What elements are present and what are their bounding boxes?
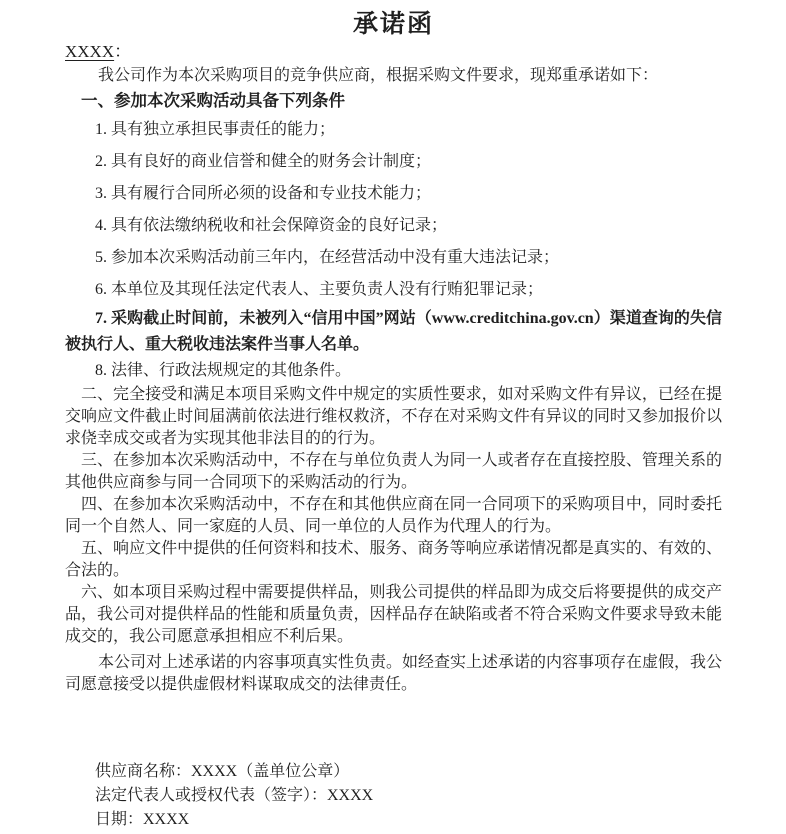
signature-block: 供应商名称：XXXX（盖单位公章） 法定代表人或授权代表（签字）：XXXX 日期… [65,760,722,832]
signature-supplier-line: 供应商名称：XXXX（盖单位公章） [95,760,722,784]
commitment-item-8: 8. 法律、行政法规规定的其他条件。 [65,358,722,384]
closing-paragraph: 本公司对上述承诺的内容事项真实性负责。如经查实上述承诺的内容事项存在虚假，我公司… [65,652,722,696]
commitment-item-4: 4. 具有依法缴纳税收和社会保障资金的良好记录； [65,210,722,242]
document-page: 承诺函 XXXX： 我公司作为本次采购项目的竞争供应商，根据采购文件要求，现郑重… [0,0,786,834]
document-title: 承诺函 [65,10,722,40]
paragraph-4: 四、在参加本次采购活动中，不存在和其他供应商在同一合同项下的采购项目中，同时委托… [65,494,722,538]
commitment-item-2: 2. 具有良好的商业信誉和健全的财务会计制度； [65,146,722,178]
paragraph-6: 六、如本项目采购过程中需要提供样品，则我公司提供的样品即为成交后将要提供的成交产… [65,582,722,648]
commitment-item-1: 1. 具有独立承担民事责任的能力； [65,114,722,146]
paragraph-5: 五、响应文件中提供的任何资料和技术、服务、商务等响应承诺情况都是真实的、有效的、… [65,538,722,582]
salutation-colon: ： [114,42,131,61]
commitment-item-3: 3. 具有履行合同所必须的设备和专业技术能力； [65,178,722,210]
signature-representative-line: 法定代表人或授权代表（签字）：XXXX [95,784,722,808]
commitment-item-5: 5. 参加本次采购活动前三年内，在经营活动中没有重大违法记录； [65,242,722,274]
salutation-line: XXXX： [65,40,722,64]
commitment-item-7: 7. 采购截止时间前，未被列入“信用中国”网站（www.creditchina.… [65,306,722,358]
salutation-addressee: XXXX [65,42,114,61]
commitment-item-6: 6. 本单位及其现任法定代表人、主要负责人没有行贿犯罪记录； [65,274,722,306]
paragraph-2: 二、完全接受和满足本项目采购文件中规定的实质性要求，如对采购文件有异议，已经在提… [65,384,722,450]
section1-heading: 一、参加本次采购活动具备下列条件 [65,88,722,114]
intro-paragraph: 我公司作为本次采购项目的竞争供应商，根据采购文件要求，现郑重承诺如下： [65,64,722,88]
signature-date-line: 日期：XXXX [95,808,722,832]
paragraph-3: 三、在参加本次采购活动中，不存在与单位负责人为同一人或者存在直接控股、管理关系的… [65,450,722,494]
